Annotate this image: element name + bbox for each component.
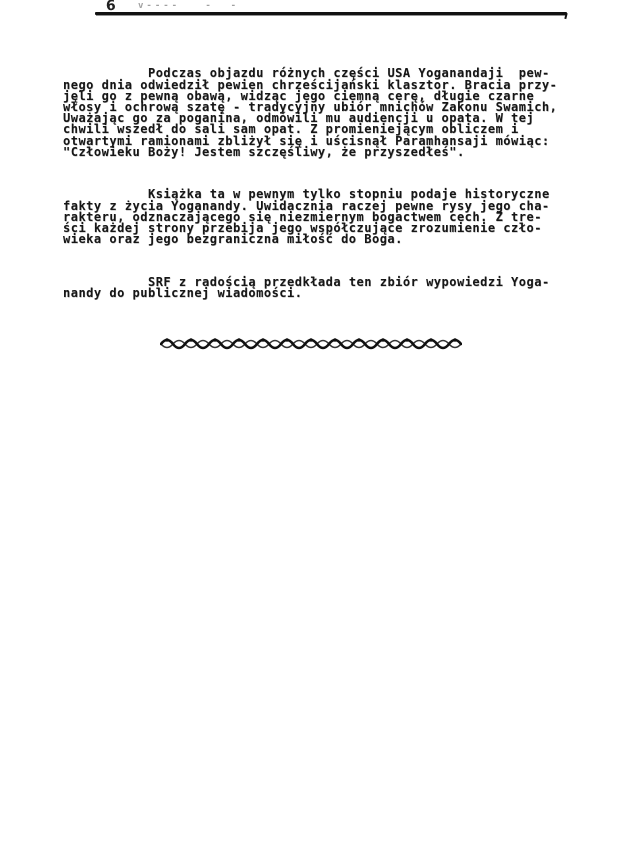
paragraph-srf-note: SRF z radością przedkłada ten zbiór wypo…	[63, 277, 573, 299]
header-rule-end-tick	[564, 13, 567, 19]
scanned-document-page: 6 v---- - - Podczas objazdu różnych częś…	[0, 0, 625, 849]
wave-scroll-divider-icon	[160, 334, 462, 354]
paragraph-monastery-story: Podczas objazdu różnych części USA Yogan…	[63, 68, 573, 158]
paragraph-book-description: Książka ta w pewnym tylko stopniu podaje…	[63, 189, 573, 245]
smudged-header-text: v---- - -	[138, 1, 239, 11]
header-rule	[95, 12, 567, 15]
typewritten-text-block: Podczas objazdu różnych części USA Yogan…	[63, 46, 573, 331]
